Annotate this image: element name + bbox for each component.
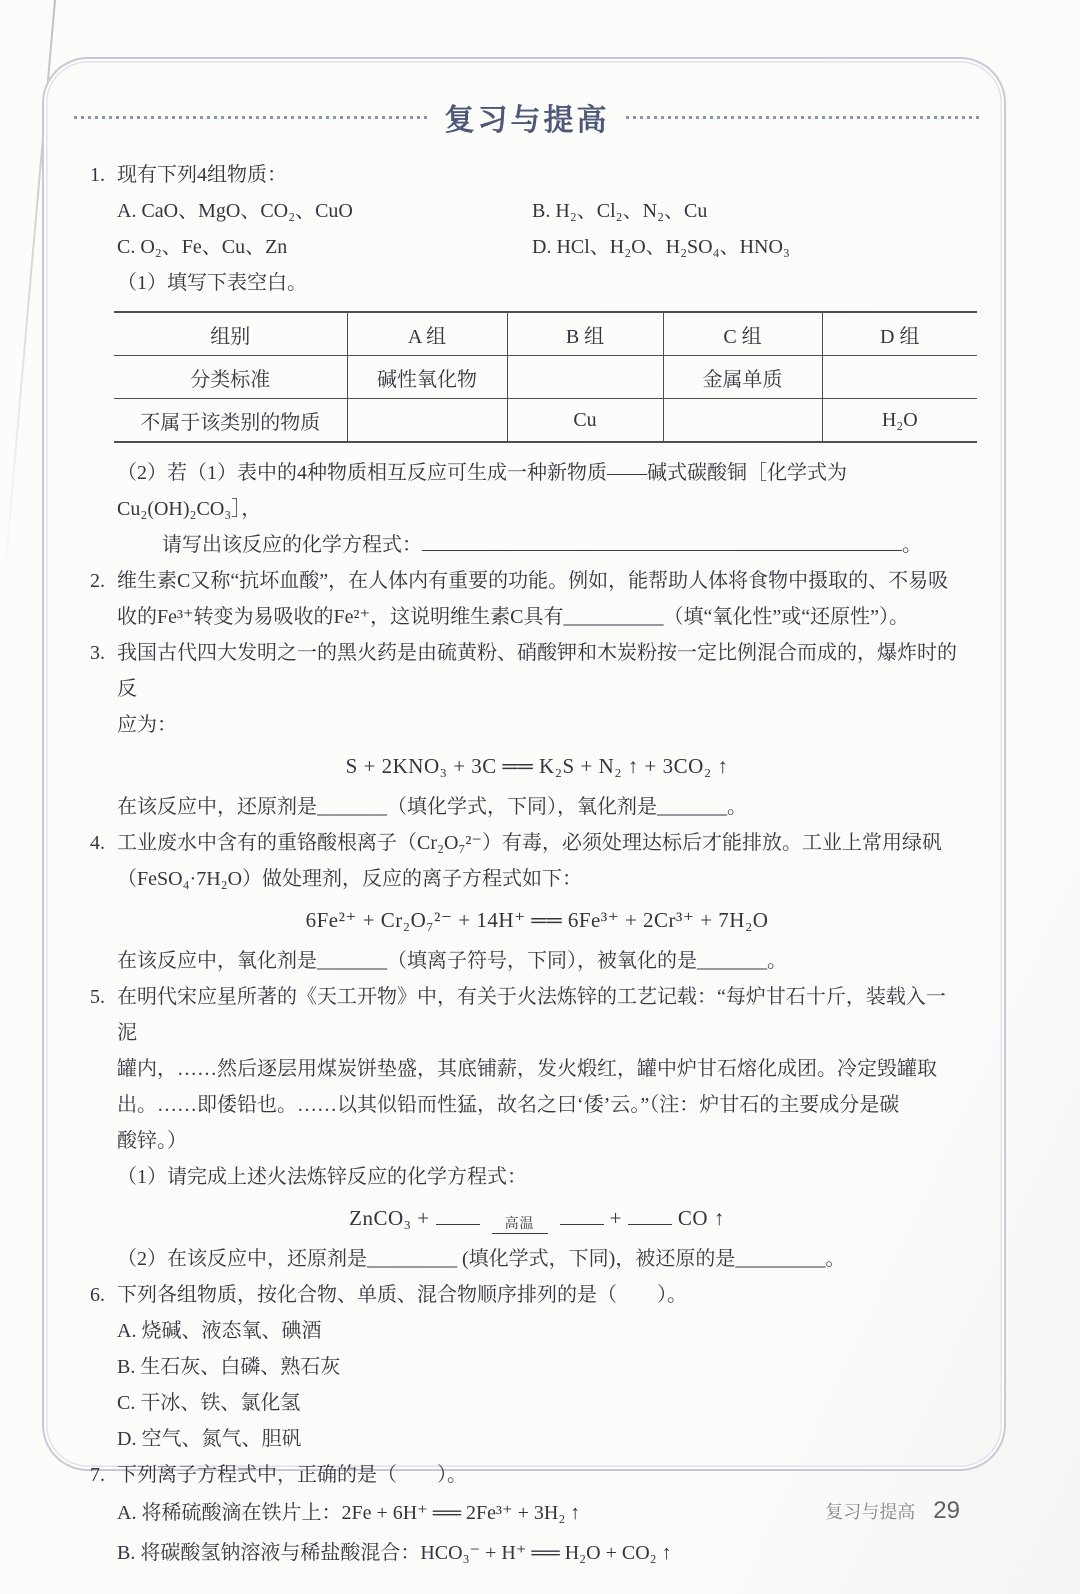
question-number: 7.	[90, 1457, 105, 1493]
text-line: 应为：	[117, 707, 964, 743]
question-number: 5.	[90, 979, 105, 1015]
text-line: 罐内，……然后逐层用煤炭饼垫盛，其底铺薪，发火煅红，罐中炉甘石熔化成团。冷定毁罐…	[117, 1051, 964, 1087]
footer-page-number: 29	[933, 1497, 960, 1524]
table-cell	[663, 399, 822, 443]
sentence-end: 。	[902, 534, 922, 556]
text-line: 维生素C又称“抗坏血酸”，在人体内有重要的功能。例如，能帮助人体将食物中摄取的、…	[117, 563, 964, 599]
textbook-page: { "header": { "title": "复习与提高" }, "q1": …	[0, 0, 1080, 1594]
answer-blank-line	[422, 531, 902, 551]
table-cell	[822, 356, 977, 399]
page-content: 复习与提高 1. 现有下列4组物质： A. CaO、MgO、CO₂、CuO B.…	[44, 59, 1004, 1573]
option-a: A. CaO、MgO、CO₂、CuO	[117, 193, 532, 229]
table-row: 不属于该类别的物质 Cu H₂O	[114, 399, 977, 443]
plus-sign: +	[610, 1206, 622, 1230]
text-line: 工业废水中含有的重铬酸根离子（Cr₂O₇²⁻）有毒，必须处理达标后才能排放。工业…	[117, 825, 964, 861]
table-cell: 分类标准	[114, 356, 347, 399]
table-cell: 碱性氧化物	[347, 356, 507, 399]
section-header: 复习与提高	[74, 95, 980, 139]
table-cell: 不属于该类别的物质	[114, 399, 347, 443]
text-line: 在明代宋应星所著的《天工开物》中，有关于火法炼锌的工艺记载：“每炉甘石十斤，装载…	[117, 979, 964, 1051]
question-stem: 下列离子方程式中，正确的是（ ）。	[117, 1457, 964, 1493]
table-cell	[507, 356, 663, 399]
part-2-text: （2）在该反应中，还原剂是_________ (填化学式，下同)，被还原的是__…	[117, 1241, 964, 1277]
table-header-cell: D 组	[822, 312, 977, 356]
table-header-row: 组别 A 组 B 组 C 组 D 组	[114, 312, 977, 356]
page-title: 复习与提高	[445, 95, 610, 139]
option-c: C. O₂、Fe、Cu、Zn	[117, 229, 532, 265]
question-2: 2. 维生素C又称“抗坏血酸”，在人体内有重要的功能。例如，能帮助人体将食物中摄…	[90, 563, 964, 635]
table-cell	[347, 399, 507, 443]
condition-text: 高温	[505, 1217, 535, 1232]
equation-left: ZnCO₃ +	[349, 1206, 429, 1230]
question-number: 6.	[90, 1277, 105, 1313]
chemical-equation: S + 2KNO₃ + 3C ══ K₂S + N₂ ↑ + 3CO₂ ↑	[117, 745, 957, 787]
part-2-label: 请写出该反应的化学方程式：	[162, 534, 422, 556]
classification-table: 组别 A 组 B 组 C 组 D 组 分类标准 碱性氧化物 金属单质 不属于该类…	[114, 311, 977, 443]
table-header-cell: C 组	[663, 312, 822, 356]
answer-blank	[436, 1205, 480, 1225]
content-border-frame: 复习与提高 1. 现有下列4组物质： A. CaO、MgO、CO₂、CuO B.…	[42, 57, 1006, 1471]
part-1-label: （1）请完成上述火法炼锌反应的化学方程式：	[117, 1159, 964, 1195]
option-b: B. H₂、Cl₂、N₂、Cu	[532, 193, 707, 229]
table-header-cell: A 组	[347, 312, 507, 356]
option-d: D. 空气、氮气、胆矾	[117, 1421, 964, 1457]
page-footer: 复习与提高29	[0, 1497, 1080, 1525]
question-3: 3. 我国古代四大发明之一的黑火药是由硫黄粉、硝酸钾和木炭粉按一定比例混合而成的…	[90, 635, 964, 825]
question-5: 5. 在明代宋应星所著的《天工开物》中，有关于火法炼锌的工艺记载：“每炉甘石十斤…	[90, 979, 964, 1277]
option-row: C. O₂、Fe、Cu、Zn D. HCl、H₂O、H₂SO₄、HNO₃	[117, 229, 964, 265]
text-line: 我国古代四大发明之一的黑火药是由硫黄粉、硝酸钾和木炭粉按一定比例混合而成的，爆炸…	[117, 635, 964, 707]
part-2-answer-line: 请写出该反应的化学方程式：。	[117, 527, 964, 563]
condition-line	[492, 1233, 548, 1234]
part-2-text: （2）若（1）表中的4种物质相互反应可生成一种新物质——碱式碳酸铜［化学式为Cu…	[117, 455, 964, 527]
text-line: （FeSO₄·7H₂O）做处理剂，反应的离子方程式如下：	[117, 861, 964, 897]
option-b: B. 将碳酸氢钠溶液与稀盐酸混合：HCO₃⁻ + H⁺ ══ H₂O + CO₂…	[117, 1533, 964, 1573]
option-row: A. CaO、MgO、CO₂、CuO B. H₂、Cl₂、N₂、Cu	[117, 193, 964, 229]
chemical-equation: ZnCO₃ +高温+CO ↑	[117, 1197, 957, 1239]
question-number: 2.	[90, 563, 105, 599]
reaction-condition: 高温	[492, 1217, 548, 1234]
chemical-equation: 6Fe²⁺ + Cr₂O₇²⁻ + 14H⁺ ══ 6Fe³⁺ + 2Cr³⁺ …	[117, 899, 957, 941]
question-6: 6. 下列各组物质，按化合物、单质、混合物顺序排列的是（ ）。 A. 烧碱、液态…	[90, 1277, 964, 1457]
part-1-label: （1）填写下表空白。	[117, 265, 964, 301]
option-a: A. 烧碱、液态氧、碘酒	[117, 1313, 964, 1349]
question-4: 4. 工业废水中含有的重铬酸根离子（Cr₂O₇²⁻）有毒，必须处理达标后才能排放…	[90, 825, 964, 979]
question-1: 1. 现有下列4组物质： A. CaO、MgO、CO₂、CuO B. H₂、Cl…	[90, 157, 964, 563]
footer-section-label: 复习与提高	[825, 1502, 915, 1522]
question-number: 1.	[90, 157, 105, 193]
dotted-rule-left	[74, 116, 429, 119]
question-number: 4.	[90, 825, 105, 861]
question-number: 3.	[90, 635, 105, 671]
answer-blank	[560, 1205, 604, 1225]
text-line: 在该反应中，氧化剂是_______（填离子符号，下同），被氧化的是_______…	[117, 943, 964, 979]
table-cell: 金属单质	[663, 356, 822, 399]
option-b: B. 生石灰、白磷、熟石灰	[117, 1349, 964, 1385]
text-line: 出。……即倭铅也。……以其似铅而性猛，故名之曰‘倭’云。”（注：炉甘石的主要成分…	[117, 1087, 964, 1123]
option-c: C. 干冰、铁、氯化氢	[117, 1385, 964, 1421]
answer-blank	[628, 1205, 672, 1225]
table-header-cell: B 组	[507, 312, 663, 356]
dotted-rule-right	[626, 116, 981, 119]
table-header-cell: 组别	[114, 312, 347, 356]
text-line: 酸锌。）	[117, 1123, 964, 1159]
question-stem: 下列各组物质，按化合物、单质、混合物顺序排列的是（ ）。	[117, 1277, 964, 1313]
equation-right: CO ↑	[678, 1206, 725, 1230]
text-line: 收的Fe³⁺转变为易吸收的Fe²⁺，这说明维生素C具有__________（填“…	[117, 599, 964, 635]
table-row: 分类标准 碱性氧化物 金属单质	[114, 356, 977, 399]
table-cell: Cu	[507, 399, 663, 443]
question-stem: 现有下列4组物质：	[117, 157, 964, 193]
text-line: 在该反应中，还原剂是_______（填化学式，下同），氧化剂是_______。	[117, 789, 964, 825]
table-cell: H₂O	[822, 399, 977, 443]
option-d: D. HCl、H₂O、H₂SO₄、HNO₃	[532, 229, 790, 265]
